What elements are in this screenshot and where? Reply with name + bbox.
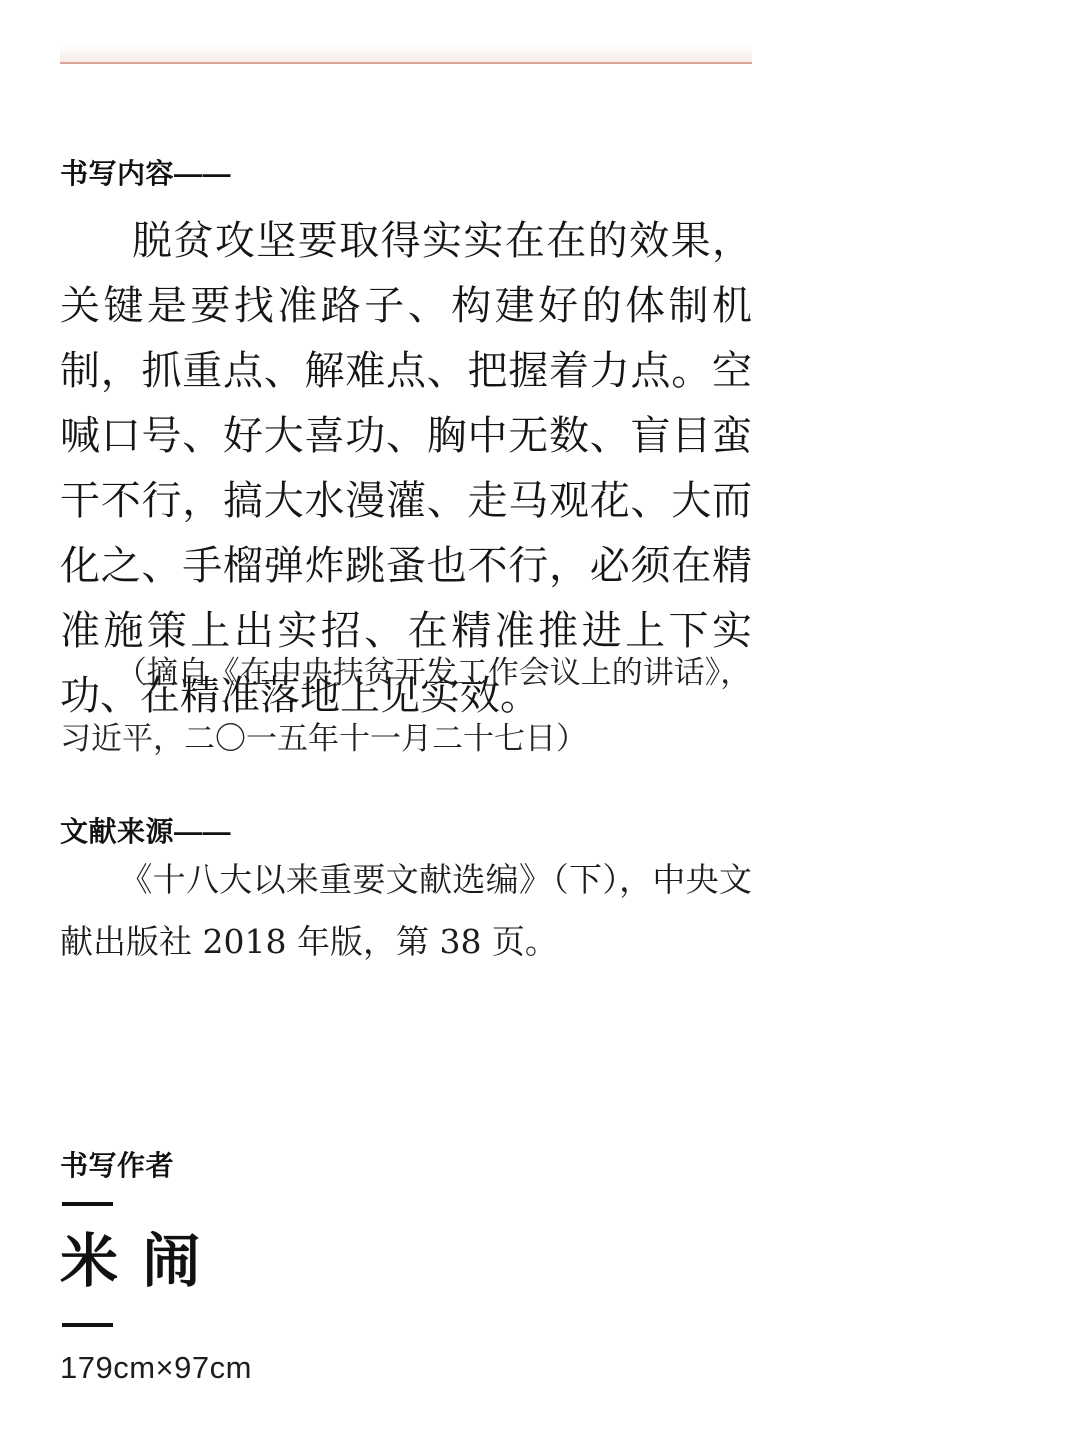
article-page: 书写内容—— 脱贫攻坚要取得实实在在的效果，关键是要找准路子、构建好的体制机制，… <box>0 0 1080 1439</box>
author-divider-rule <box>62 1202 113 1206</box>
author-name: 米 闹 <box>60 1230 752 1292</box>
source-section-heading: 文献来源—— <box>60 816 752 848</box>
artwork-dimensions: 179cm×97cm <box>60 1350 752 1386</box>
source-reference-text: 《十八大以来重要文献选编》（下），中央文献出版社 2018 年版，第 38 页。 <box>60 849 752 973</box>
author-section-heading: 书写作者 <box>60 1150 752 1182</box>
dimensions-divider-rule <box>62 1323 113 1327</box>
top-divider-fade <box>60 44 752 62</box>
top-divider-line <box>60 62 752 64</box>
quote-citation-text: （摘自《在中央扶贫开发工作会议上的讲话》，习近平，二〇一五年十一月二十七日） <box>60 640 752 772</box>
content-section-heading: 书写内容—— <box>60 158 752 190</box>
